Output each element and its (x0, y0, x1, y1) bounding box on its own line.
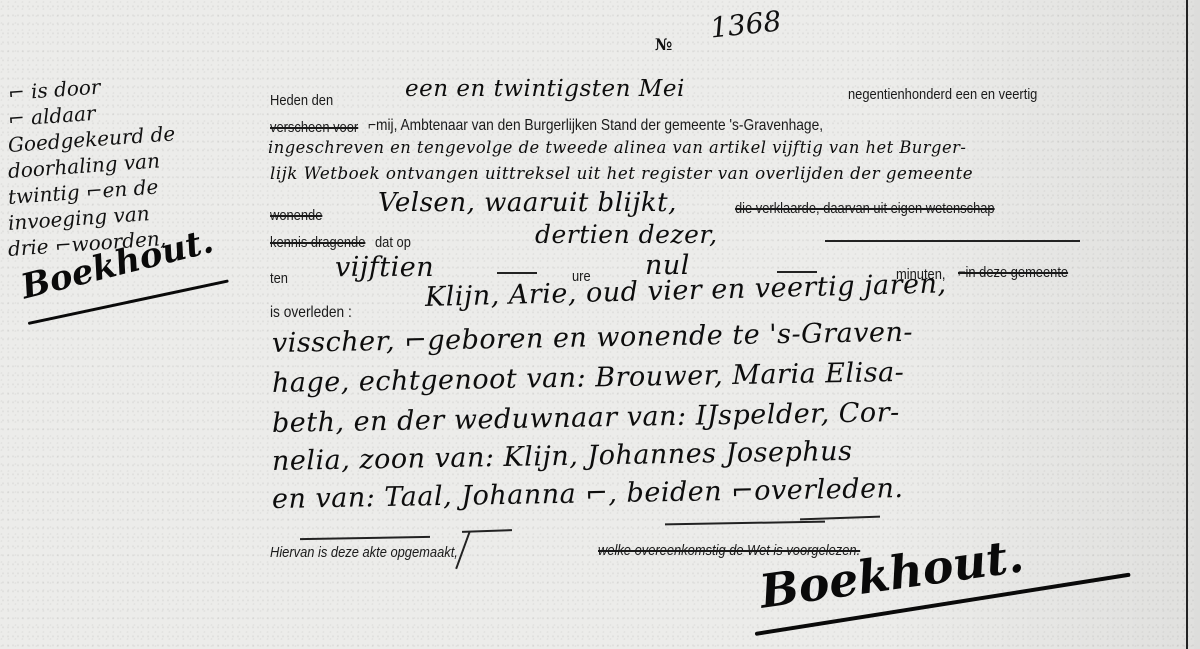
struck-verklaarde: die verklaarde, daarvan uit eigen wetens… (735, 200, 995, 217)
handwritten-line-13: en van: Taal, Johanna ⌐, beiden ⌐overled… (272, 473, 904, 515)
handwritten-insertion-1: ingeschreven en tengevolge de tweede ali… (268, 138, 966, 158)
printed-heden-den: Heden den (270, 92, 333, 109)
handwritten-dertien-dezer: dertien dezer, (535, 220, 718, 249)
printed-ten: ten (270, 270, 288, 287)
fill-line (665, 521, 825, 525)
handwritten-insertion-2: lijk Wetboek ontvangen uittreksel uit he… (270, 164, 973, 184)
handwritten-line-10: hage, echtgenoot van: Brouwer, Maria Eli… (272, 357, 905, 399)
handwritten-hour: vijftien (335, 252, 434, 283)
struck-verscheen-voor: verscheen voor (270, 119, 358, 136)
printed-dat-op: dat op (375, 234, 411, 251)
struck-kennis-dragende: kennis dragende (270, 234, 365, 251)
handwritten-line-9: visscher, ⌐geboren en wonende te 's-Grav… (272, 317, 913, 359)
page-edge (1186, 0, 1188, 649)
fill-line (497, 272, 537, 274)
document-page: № 1368 ⌐ is door ⌐ aldaar Goedgekeurd de… (0, 0, 1194, 649)
handwritten-line-12: nelia, zoon van: Klijn, Johannes Josephu… (272, 436, 853, 477)
margin-note: ⌐ is door ⌐ aldaar Goedgekeurd de doorha… (8, 80, 248, 262)
printed-year: negentienhonderd een en veertig (848, 86, 1037, 103)
handwritten-deceased: Klijn, Arie, oud vier en veertig jaren, (425, 268, 947, 313)
fill-line (825, 240, 1080, 242)
struck-in-deze-gemeente: ⌐in deze gemeente (958, 264, 1068, 281)
printed-hiervan: Hiervan is deze akte opgemaakt, (270, 544, 458, 561)
fill-line (800, 516, 880, 520)
handwritten-date: een en twintigsten Mei (405, 76, 685, 102)
fill-line (300, 536, 430, 540)
printed-is-overleden: is overleden : (270, 304, 352, 322)
handwritten-velsen: Velsen, waaruit blijkt, (378, 188, 677, 218)
printed-ambtenaar: ⌐mij, Ambtenaar van den Burgerlijken Sta… (368, 117, 823, 135)
struck-wonende: wonende (270, 207, 322, 224)
record-number: 1368 (708, 4, 782, 44)
number-sign: № (655, 35, 672, 54)
handwritten-line-11: beth, en der weduwnaar van: IJspelder, C… (272, 397, 900, 439)
